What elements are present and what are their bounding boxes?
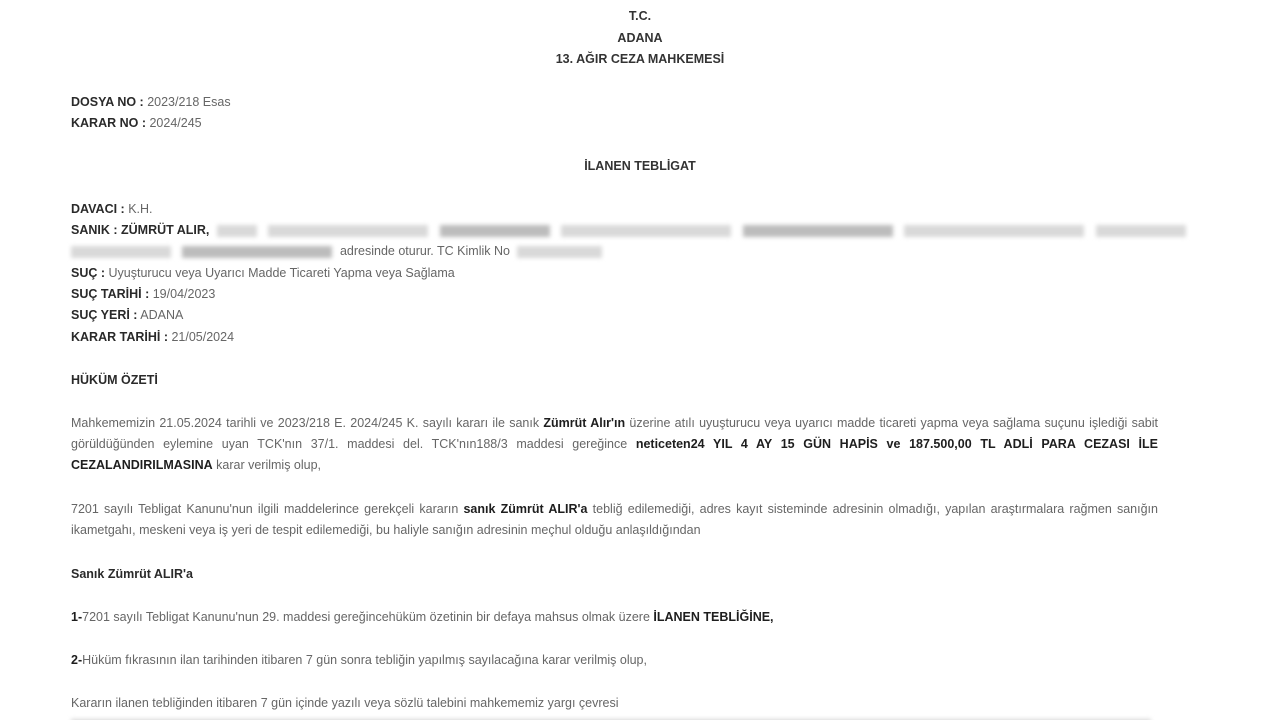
address-tail: adresinde oturur. TC Kimlik No bbox=[340, 244, 510, 258]
item-text: Hüküm fıkrasının ilan tarihinden itibare… bbox=[82, 653, 647, 667]
item-bold-text: İLANEN TEBLİĞİNE, bbox=[653, 610, 773, 624]
document-page: T.C. ADANA 13. AĞIR CEZA MAHKEMESİ DOSYA… bbox=[0, 0, 1280, 720]
p1-text: karar verilmiş olup, bbox=[213, 458, 321, 472]
item-number: 1- bbox=[71, 610, 82, 624]
defendant-label: SANIK : ZÜMRÜT ALIR, bbox=[71, 223, 209, 237]
redacted-block bbox=[71, 246, 171, 258]
crime-place-value: ADANA bbox=[140, 308, 183, 322]
plaintiff-value: K.H. bbox=[128, 202, 152, 216]
summary-heading: HÜKÜM ÖZETİ bbox=[71, 373, 158, 387]
p2-text: 7201 sayılı Tebligat Kanunu'nun ilgili m… bbox=[71, 502, 463, 516]
decision-number-value: 2024/245 bbox=[149, 116, 201, 130]
cut-off-line bbox=[71, 714, 1155, 720]
crime-date-label: SUÇ TARİHİ : bbox=[71, 287, 149, 301]
redacted-block bbox=[561, 225, 731, 237]
decision-number-label: KARAR NO : bbox=[71, 116, 146, 130]
crime-label: SUÇ : bbox=[71, 266, 105, 280]
decision-date-row: KARAR TARİHİ : 21/05/2024 bbox=[71, 330, 234, 344]
decision-item-2: 2-Hüküm fıkrasının ilan tarihinden itiba… bbox=[71, 653, 647, 667]
header-court: 13. AĞIR CEZA MAHKEMESİ bbox=[0, 52, 1280, 66]
p1-defendant-name: Zümrüt Alır'ın bbox=[543, 416, 625, 430]
document-title: İLANEN TEBLİGAT bbox=[0, 159, 1280, 173]
crime-place-row: SUÇ YERİ : ADANA bbox=[71, 308, 183, 322]
p1-text: Mahkememizin 21.05.2024 tarihli ve 2023/… bbox=[71, 416, 543, 430]
redacted-block bbox=[1096, 225, 1186, 237]
item-text: 7201 sayılı Tebligat Kanunu'nun 29. madd… bbox=[82, 610, 653, 624]
item-number: 2- bbox=[71, 653, 82, 667]
redacted-block bbox=[268, 225, 428, 237]
decision-item-1: 1-7201 sayılı Tebligat Kanunu'nun 29. ma… bbox=[71, 610, 774, 624]
decision-date-value: 21/05/2024 bbox=[171, 330, 234, 344]
redacted-block bbox=[182, 246, 332, 258]
crime-row: SUÇ : Uyuşturucu veya Uyarıcı Madde Tica… bbox=[71, 266, 455, 280]
header-tc: T.C. bbox=[0, 9, 1280, 23]
redacted-block bbox=[743, 225, 893, 237]
redacted-block bbox=[904, 225, 1084, 237]
header-city: ADANA bbox=[0, 31, 1280, 45]
defendant-row: SANIK : ZÜMRÜT ALIR, bbox=[71, 223, 1190, 237]
file-number-value: 2023/218 Esas bbox=[147, 95, 230, 109]
summary-paragraph-3: Kararın ilanen tebliğinden itibaren 7 gü… bbox=[71, 696, 619, 710]
decision-date-label: KARAR TARİHİ : bbox=[71, 330, 168, 344]
crime-value: Uyuşturucu veya Uyarıcı Madde Ticareti Y… bbox=[109, 266, 455, 280]
file-number-label: DOSYA NO : bbox=[71, 95, 144, 109]
crime-place-label: SUÇ YERİ : bbox=[71, 308, 137, 322]
redacted-block bbox=[440, 225, 550, 237]
p2-defendant-name: sanık Zümrüt ALIR'a bbox=[463, 502, 587, 516]
defendant-address-row: adresinde oturur. TC Kimlik No bbox=[71, 244, 606, 258]
summary-paragraph-1: Mahkememizin 21.05.2024 tarihli ve 2023/… bbox=[71, 413, 1158, 476]
redacted-id-block bbox=[517, 246, 602, 258]
plaintiff-row: DAVACI : K.H. bbox=[71, 202, 153, 216]
defendant-subheading: Sanık Zümrüt ALIR'a bbox=[71, 567, 193, 581]
summary-paragraph-2: 7201 sayılı Tebligat Kanunu'nun ilgili m… bbox=[71, 499, 1158, 541]
crime-date-value: 19/04/2023 bbox=[153, 287, 216, 301]
decision-number-row: KARAR NO : 2024/245 bbox=[71, 116, 202, 130]
file-number-row: DOSYA NO : 2023/218 Esas bbox=[71, 95, 231, 109]
plaintiff-label: DAVACI : bbox=[71, 202, 125, 216]
redacted-block bbox=[217, 225, 257, 237]
crime-date-row: SUÇ TARİHİ : 19/04/2023 bbox=[71, 287, 215, 301]
